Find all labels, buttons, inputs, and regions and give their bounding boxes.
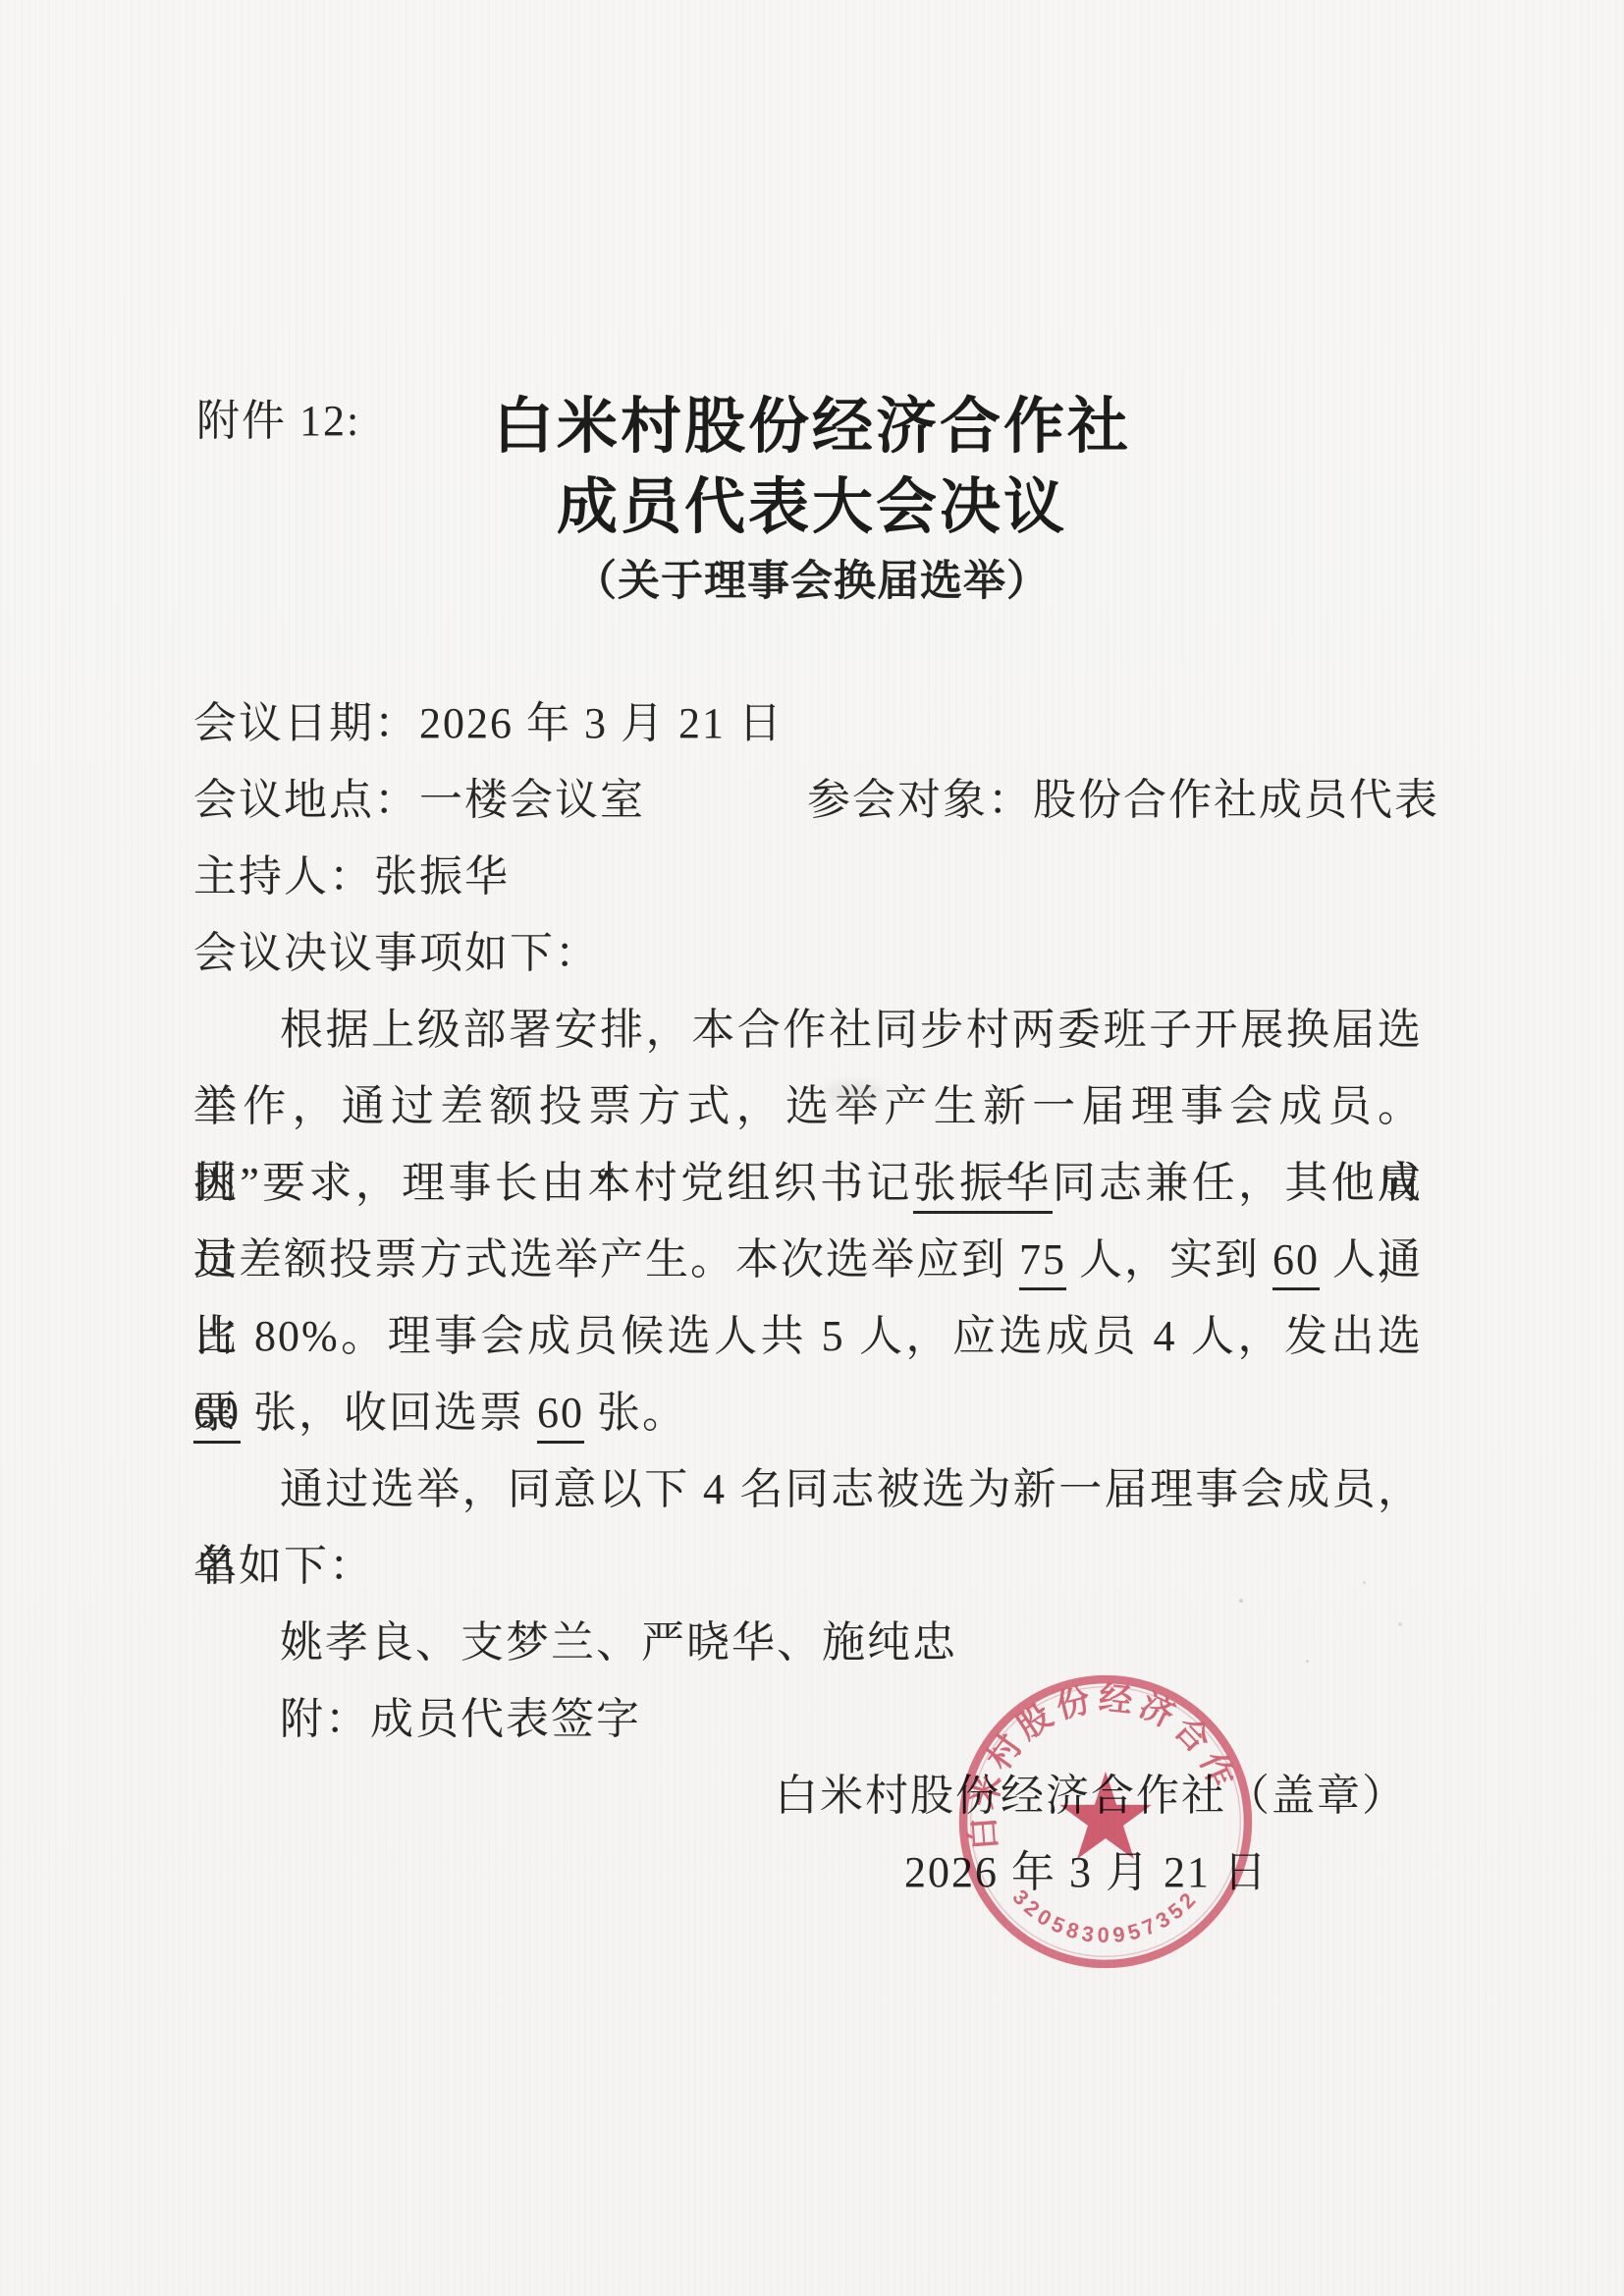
paragraph1-line3-seg1: 挑”要求，理事长由本村党组织书记 <box>193 1159 913 1207</box>
paragraph2-line2: 单如下： <box>193 1528 1423 1605</box>
scan-speck <box>1398 1622 1402 1626</box>
document-page: 附件 12: 白米村股份经济合作社 成员代表大会决议 （关于理事会换届选举） 会… <box>0 0 1624 2296</box>
paragraph1-line6-seg4: 张。 <box>584 1389 687 1437</box>
document-title-line1: 白米村股份经济合作社 <box>0 377 1624 465</box>
scan-smudge <box>825 1080 884 1106</box>
elected-names-line-seg1: 姚孝良、支梦兰、严晓华、施纯忠 <box>280 1618 957 1667</box>
document-title-line2: 成员代表大会决议 <box>0 458 1624 545</box>
paragraph1-line6-seg3: 60 <box>537 1389 584 1444</box>
official-seal: 镇白米村股份经济合作社 3205830957352 <box>947 1664 1264 1980</box>
paragraph1-line6: 60 张，收回选票 60 张。 <box>193 1375 1423 1451</box>
paragraph1-line3-seg2: 张振华 <box>913 1159 1053 1214</box>
scan-speck <box>1306 1660 1309 1663</box>
attachment-note-line-seg1: 附：成员代表签字 <box>280 1695 641 1743</box>
meeting-location-participants-line-part2: 参会对象：股份合作社成员代表 <box>807 762 1439 839</box>
host-line: 主持人：张振华 <box>193 839 1423 915</box>
paragraph1-line2: 工作，通过差额投票方式，选举产生新一届理事会成员。因“一肩 <box>193 1068 1423 1145</box>
meeting-date-line: 会议日期：2026 年 3 月 21 日 <box>193 685 1423 762</box>
scan-speck <box>1363 1581 1366 1584</box>
paragraph1-line4-seg2: 75 <box>1019 1235 1066 1290</box>
paragraph1-line3: 挑”要求，理事长由本村党组织书记张振华同志兼任，其他成员通 <box>193 1145 1423 1222</box>
document-subtitle: （关于理事会换届选举） <box>0 548 1624 608</box>
paragraph1-line6-seg2: 张，收回选票 <box>241 1389 537 1437</box>
paragraph1-line5: 比 80%。理事会成员候选人共 5 人，应选成员 4 人，发出选票 <box>193 1298 1423 1375</box>
paragraph2-line1: 通过选举，同意以下 4 名同志被选为新一届理事会成员，名 <box>193 1451 1423 1528</box>
meeting-location-participants-line-part1: 会议地点：一楼会议室 <box>193 776 645 824</box>
seal-star-icon <box>1059 1772 1152 1859</box>
paragraph1-line4-seg4: 60 <box>1272 1235 1320 1290</box>
paragraph1-line4-seg1: 过差额投票方式选举产生。本次选举应到 <box>193 1235 1019 1284</box>
paragraph1-line1: 根据上级部署安排，本合作社同步村两委班子开展换届选举 <box>193 992 1423 1068</box>
paragraph1-line6-seg1: 60 <box>193 1389 241 1444</box>
paragraph1-line4: 过差额投票方式选举产生。本次选举应到 75 人，实到 60 人，占 <box>193 1222 1423 1298</box>
meeting-location-participants-line: 会议地点：一楼会议室参会对象：股份合作社成员代表 <box>193 762 1423 839</box>
resolution-heading-line-seg1: 会议决议事项如下： <box>193 929 600 977</box>
paragraph1-line4-seg3: 人，实到 <box>1066 1235 1272 1284</box>
host-line-seg1: 主持人：张振华 <box>193 852 510 901</box>
resolution-heading-line: 会议决议事项如下： <box>193 915 1423 992</box>
scan-speck <box>1239 1599 1243 1603</box>
paragraph2-line2-seg1: 单如下： <box>193 1542 374 1590</box>
meeting-date-line-seg1: 会议日期：2026 年 3 月 21 日 <box>193 699 784 747</box>
